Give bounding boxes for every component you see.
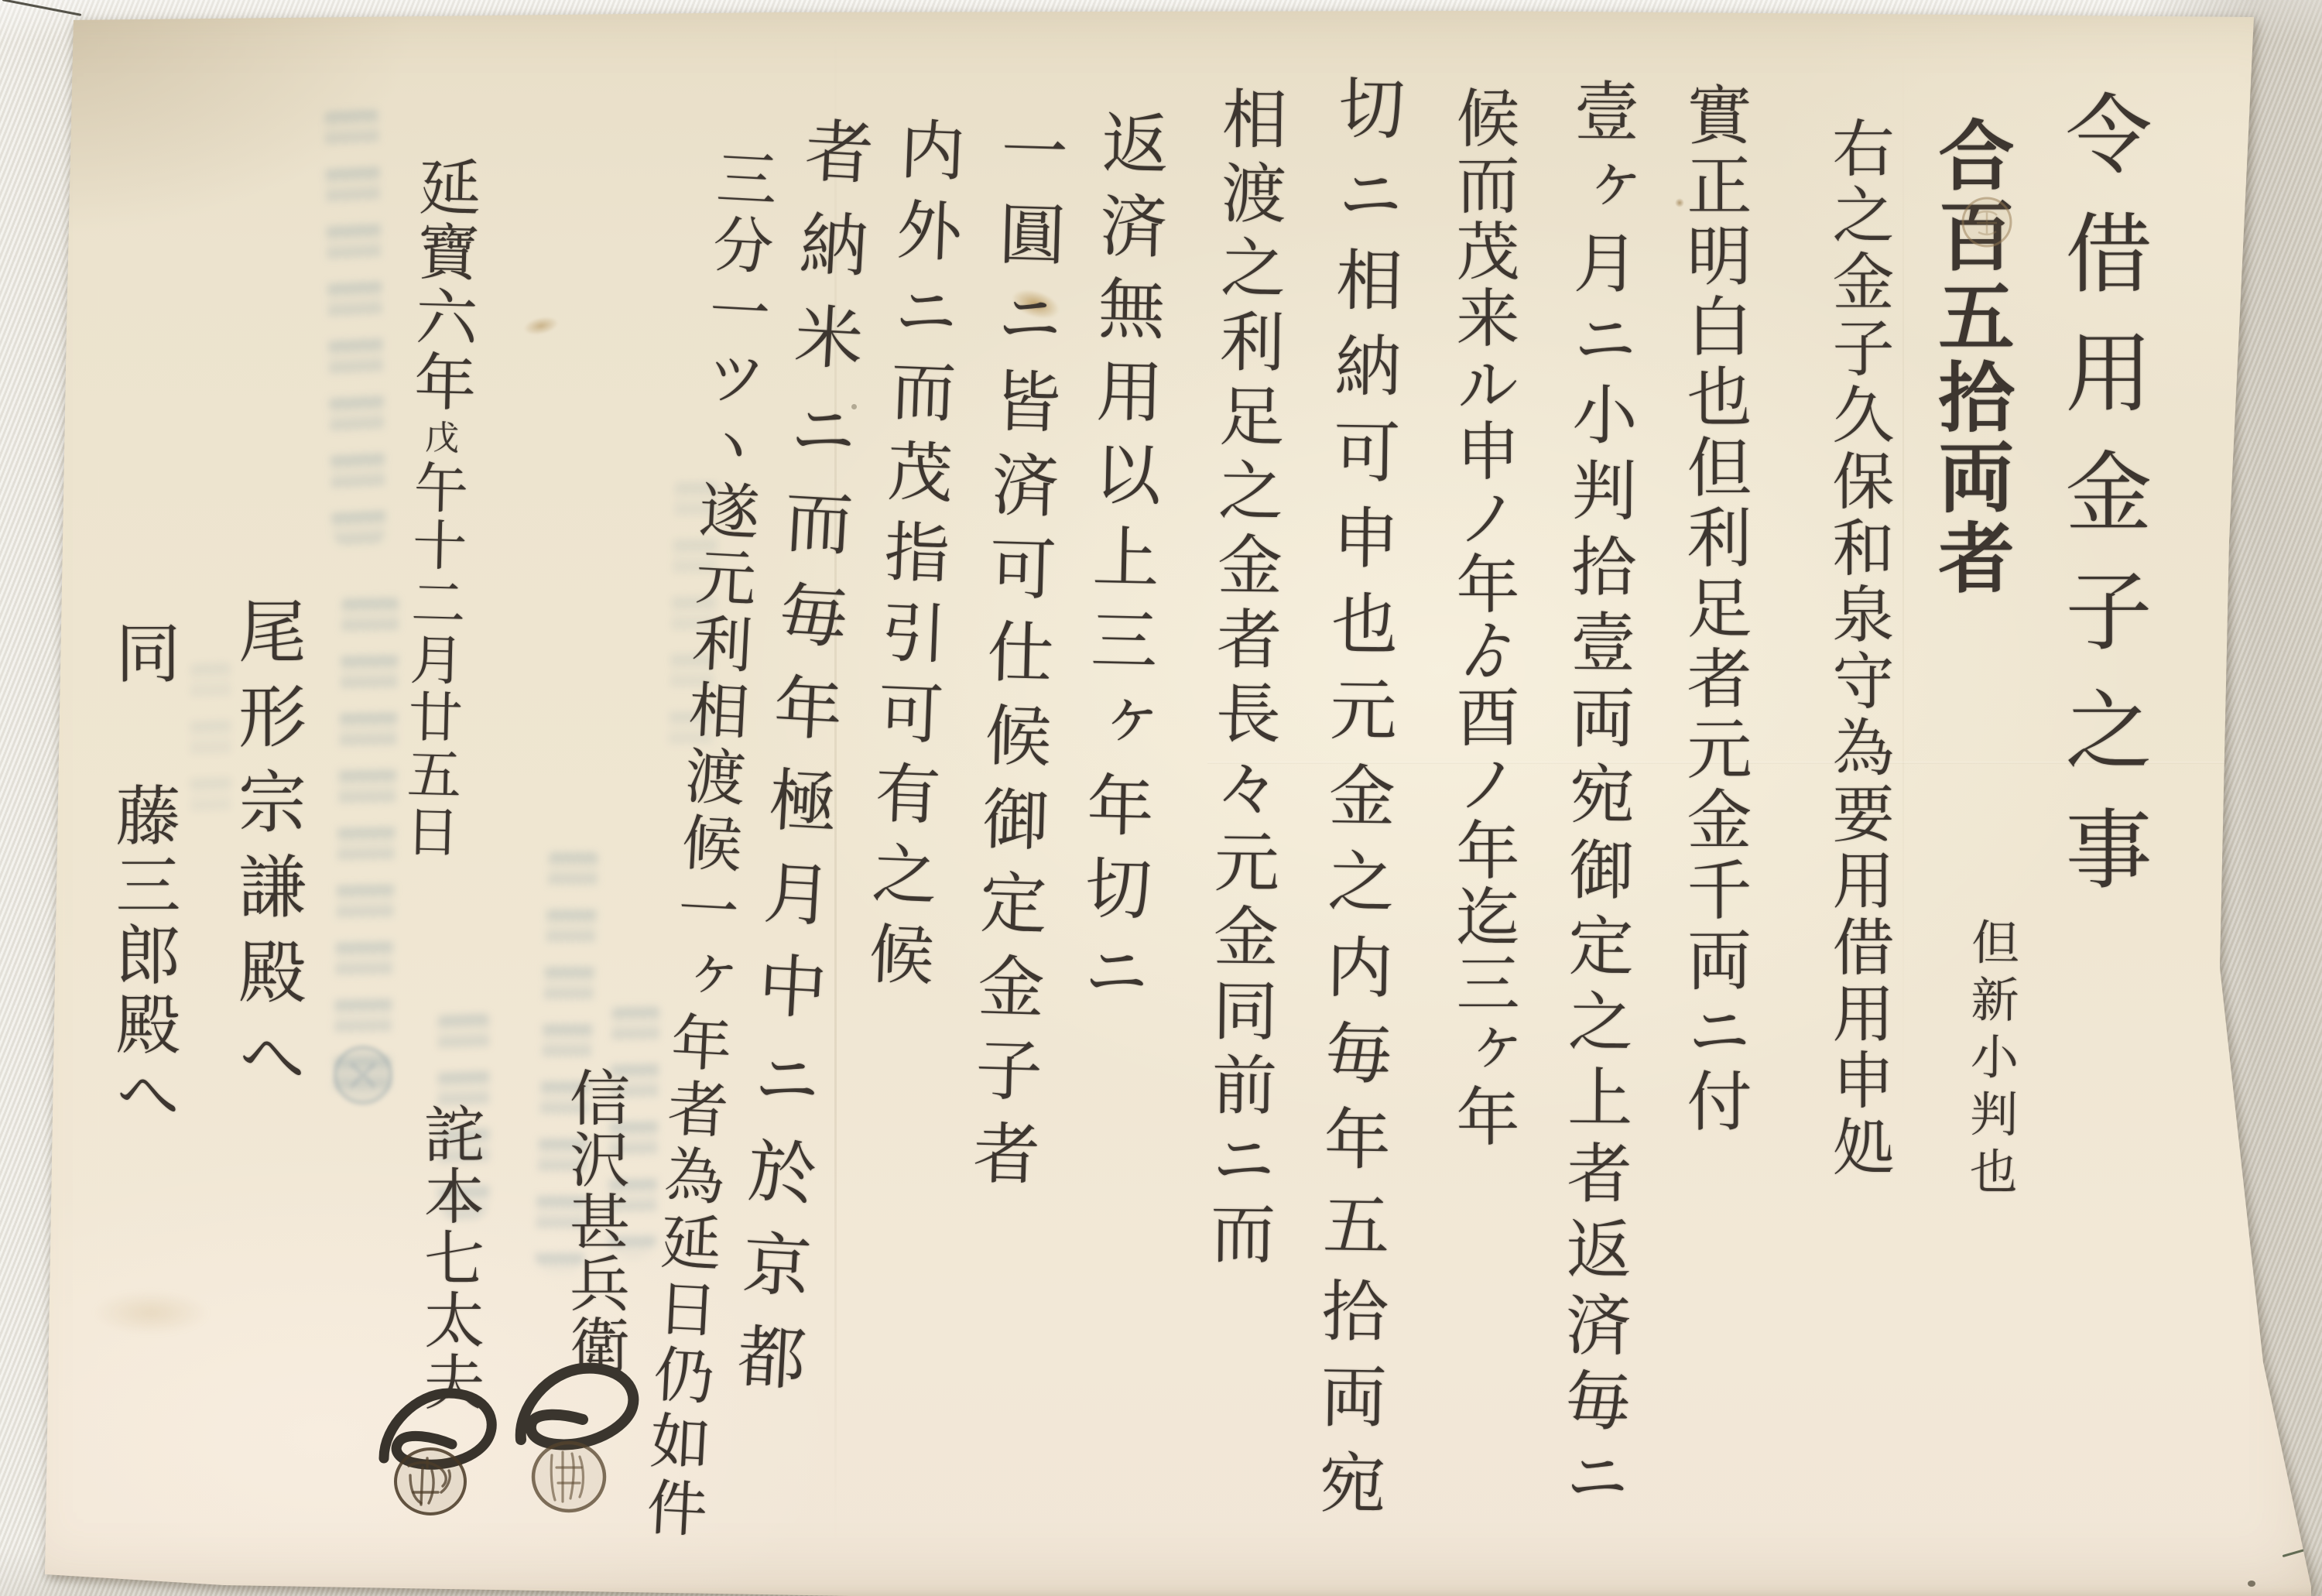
body-column-10: 者納米ニ而毎年極月中ニ於京都 — [729, 115, 870, 1416]
body-column-3: 壹ヶ月ニ小判拾壹両宛御定之上者返済毎ニ — [1560, 77, 1635, 1519]
body-column-2: 實正明白也但利足者元金千両ニ付 — [1682, 81, 1747, 1138]
paper-crease-vertical — [1902, 46, 1904, 1130]
kao-monogram-icon — [368, 1372, 519, 1495]
stain — [1008, 284, 1063, 324]
body-column-6: 相渡之利足之金者長々元金同前ニ而 — [1205, 85, 1283, 1275]
signer-name-1: 信沢甚兵衛 — [564, 1067, 625, 1376]
ink-bleedthrough-ghost — [534, 840, 599, 1275]
paper-crease-horizontal — [1207, 762, 2245, 764]
date-column: 延寶六年戊午十二月廿五日 — [397, 154, 476, 861]
addressee-prefix: 同 — [111, 619, 176, 689]
kao-monogram-icon — [507, 1348, 658, 1476]
date-era-year: 延寶六年 — [403, 154, 481, 416]
stray-fiber — [2283, 1544, 2322, 1557]
body-column-8: 一圓ニ皆済可仕候御定金子者 — [966, 115, 1063, 1204]
ink-bleedthrough-ghost — [438, 1003, 489, 1220]
stain — [93, 1291, 209, 1334]
ghost-seal-bleedthrough-icon — [331, 1043, 395, 1107]
document-paper-sheet: 令借用金子之事 合百五拾両者 但新小判也 右之金子久保和泉守為要用借用申処 實正… — [0, 0, 2322, 1596]
body-column-11: 三分一ツヽ遂元利相渡候一ヶ年者為延日仍如件 — [640, 146, 773, 1545]
ink-bleedthrough-ghost — [190, 652, 231, 830]
addressee-name: 藤三郎殿へ — [105, 782, 181, 1130]
body-column-7: 返済無用以上三ヶ年切ニ — [1076, 108, 1163, 1020]
paper-crease-vertical — [834, 31, 837, 1548]
body-column-5: 切ニ相納可申也元金之内毎年五拾両宛 — [1313, 73, 1399, 1534]
amount-column: 合百五拾両者 — [1932, 116, 2008, 599]
speck — [2248, 1581, 2255, 1587]
ink-bleedthrough-ghost — [324, 98, 386, 548]
addressee-column-2: 同藤三郎殿へ — [111, 619, 176, 1130]
body-column-4: 候而茂来ル申ノ年ゟ酉ノ年迄三ヶ年 — [1450, 85, 1514, 1150]
signer-name-2: 詫本七太夫 — [419, 1103, 479, 1413]
speck — [851, 404, 857, 409]
faded-seal-over-amount-icon — [1960, 195, 2014, 249]
stain — [522, 313, 560, 337]
ink-bleedthrough-ghost — [333, 586, 399, 1113]
ink-bleedthrough-ghost — [608, 995, 660, 1259]
title-column: 令借用金子之事 — [2058, 89, 2145, 923]
ink-bleedthrough-ghost — [668, 470, 719, 765]
body-column-9: 内外ニ而茂指引可有之候 — [862, 115, 961, 1002]
stain — [1675, 198, 1684, 207]
ink-seal-icon — [392, 1444, 469, 1519]
screenshot-root: { "palette":{ "paper":"#efe6d1", "backdr… — [0, 0, 2322, 1596]
date-cyclic-sign: 戊 — [419, 419, 459, 455]
body-column-1: 右之金子久保和泉守為要用借用申処 — [1827, 116, 1889, 1181]
amount-note-column: 但新小判也 — [1965, 917, 2015, 1204]
date-month-day: 午十二月廿五日 — [396, 459, 470, 861]
addressee-column-1: 尾形宗謙殿へ — [233, 596, 301, 1107]
ink-seal-icon — [529, 1438, 609, 1516]
paper-shadow: 令借用金子之事 合百五拾両者 但新小判也 右之金子久保和泉守為要用借用申処 實正… — [0, 0, 2322, 1596]
